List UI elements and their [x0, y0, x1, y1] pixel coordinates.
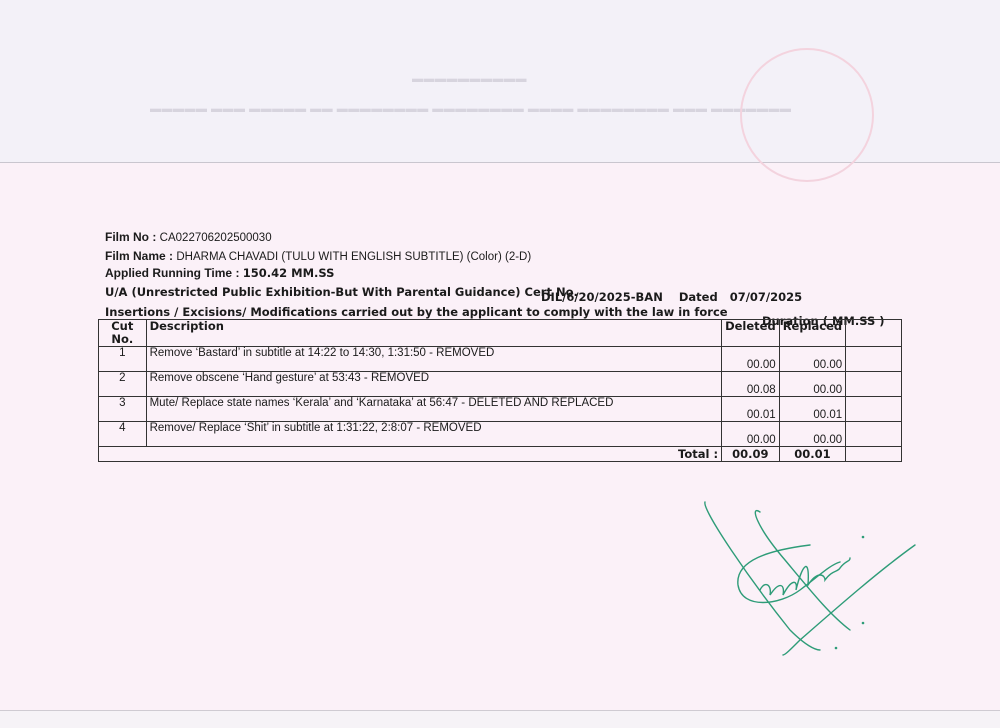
signature [690, 490, 960, 660]
cut-deleted: 00.01 [722, 397, 780, 422]
cut-empty [846, 397, 902, 422]
cut-description: Remove obscene ‘Hand gesture’ at 53:43 -… [146, 372, 722, 397]
total-empty [846, 447, 902, 462]
col-replaced: Replaced [779, 320, 845, 347]
cut-replaced: 00.00 [779, 347, 845, 372]
total-deleted: 00.09 [722, 447, 780, 462]
cut-replaced: 00.00 [779, 422, 845, 447]
film-no-line: Film No : CA022706202500030 [105, 230, 272, 244]
col-description: Description [146, 320, 722, 347]
film-no-label: Film No : [105, 230, 156, 244]
signature-dot [835, 647, 838, 650]
cert-number-line: DIL/6/20/2025-BAN Dated 07/07/2025 [541, 290, 802, 304]
film-name-label: Film Name : [105, 249, 173, 263]
cut-description: Remove ‘Bastard’ in subtitle at 14:22 to… [146, 347, 722, 372]
dated-value: 07/07/2025 [730, 290, 802, 304]
cut-deleted: 00.00 [722, 347, 780, 372]
dated-label: Dated [679, 290, 718, 304]
signature-dot [862, 536, 865, 539]
cut-replaced: 00.00 [779, 372, 845, 397]
cut-no: 2 [99, 372, 147, 397]
modifications-heading: Insertions / Excisions/ Modifications ca… [105, 305, 728, 319]
film-no-value: CA022706202500030 [160, 232, 272, 244]
col-deleted: Deleted [722, 320, 780, 347]
table-header-row: Cut No. Description Deleted Replaced [99, 320, 902, 347]
cut-empty [846, 372, 902, 397]
cut-deleted: 00.08 [722, 372, 780, 397]
table-total-row: Total : 00.09 00.01 [99, 447, 902, 462]
cut-empty [846, 347, 902, 372]
cut-deleted: 00.00 [722, 422, 780, 447]
total-replaced: 00.01 [779, 447, 845, 462]
modifications-table: Cut No. Description Deleted Replaced 1 R… [98, 319, 902, 462]
certificate-line: U/A (Unrestricted Public Exhibition-But … [105, 285, 578, 299]
col-cut-no: Cut No. [99, 320, 147, 347]
film-name-value: DHARMA CHAVADI (TULU WITH ENGLISH SUBTIT… [176, 251, 531, 263]
cut-no: 1 [99, 347, 147, 372]
cut-description: Mute/ Replace state names ‘Kerala’ and ‘… [146, 397, 722, 422]
bleed-text: ▬▬▬▬▬ ▬▬▬ ▬▬▬▬▬ ▬▬ ▬▬▬▬▬▬▬▬ ▬▬▬▬▬▬▬▬ ▬▬▬… [150, 103, 792, 115]
signature-dot [862, 622, 865, 625]
cert-number: DIL/6/20/2025-BAN [541, 290, 663, 304]
cut-empty [846, 422, 902, 447]
col-empty [846, 320, 902, 347]
cut-no: 4 [99, 422, 147, 447]
running-time-value: 150.42 MM.SS [243, 266, 335, 280]
film-name-line: Film Name : DHARMA CHAVADI (TULU WITH EN… [105, 249, 531, 263]
cut-no: 3 [99, 397, 147, 422]
page-edge [0, 710, 1000, 728]
cut-description: Remove/ Replace ‘Shit’ in subtitle at 1:… [146, 422, 722, 447]
cut-replaced: 00.01 [779, 397, 845, 422]
running-time-line: Applied Running Time : 150.42 MM.SS [105, 266, 334, 280]
bleed-text: ▬▬▬▬▬▬▬▬▬▬ [412, 73, 527, 85]
table-row: 4 Remove/ Replace ‘Shit’ in subtitle at … [99, 422, 902, 447]
total-label: Total : [99, 447, 722, 462]
stamp-seal [740, 48, 874, 182]
previous-page-bleed-through: ▬▬▬▬▬▬▬▬▬▬ ▬▬▬▬▬ ▬▬▬ ▬▬▬▬▬ ▬▬ ▬▬▬▬▬▬▬▬ ▬… [0, 0, 1000, 163]
table-row: 2 Remove obscene ‘Hand gesture’ at 53:43… [99, 372, 902, 397]
table-row: 3 Mute/ Replace state names ‘Kerala’ and… [99, 397, 902, 422]
running-time-label: Applied Running Time : [105, 266, 239, 280]
table-row: 1 Remove ‘Bastard’ in subtitle at 14:22 … [99, 347, 902, 372]
